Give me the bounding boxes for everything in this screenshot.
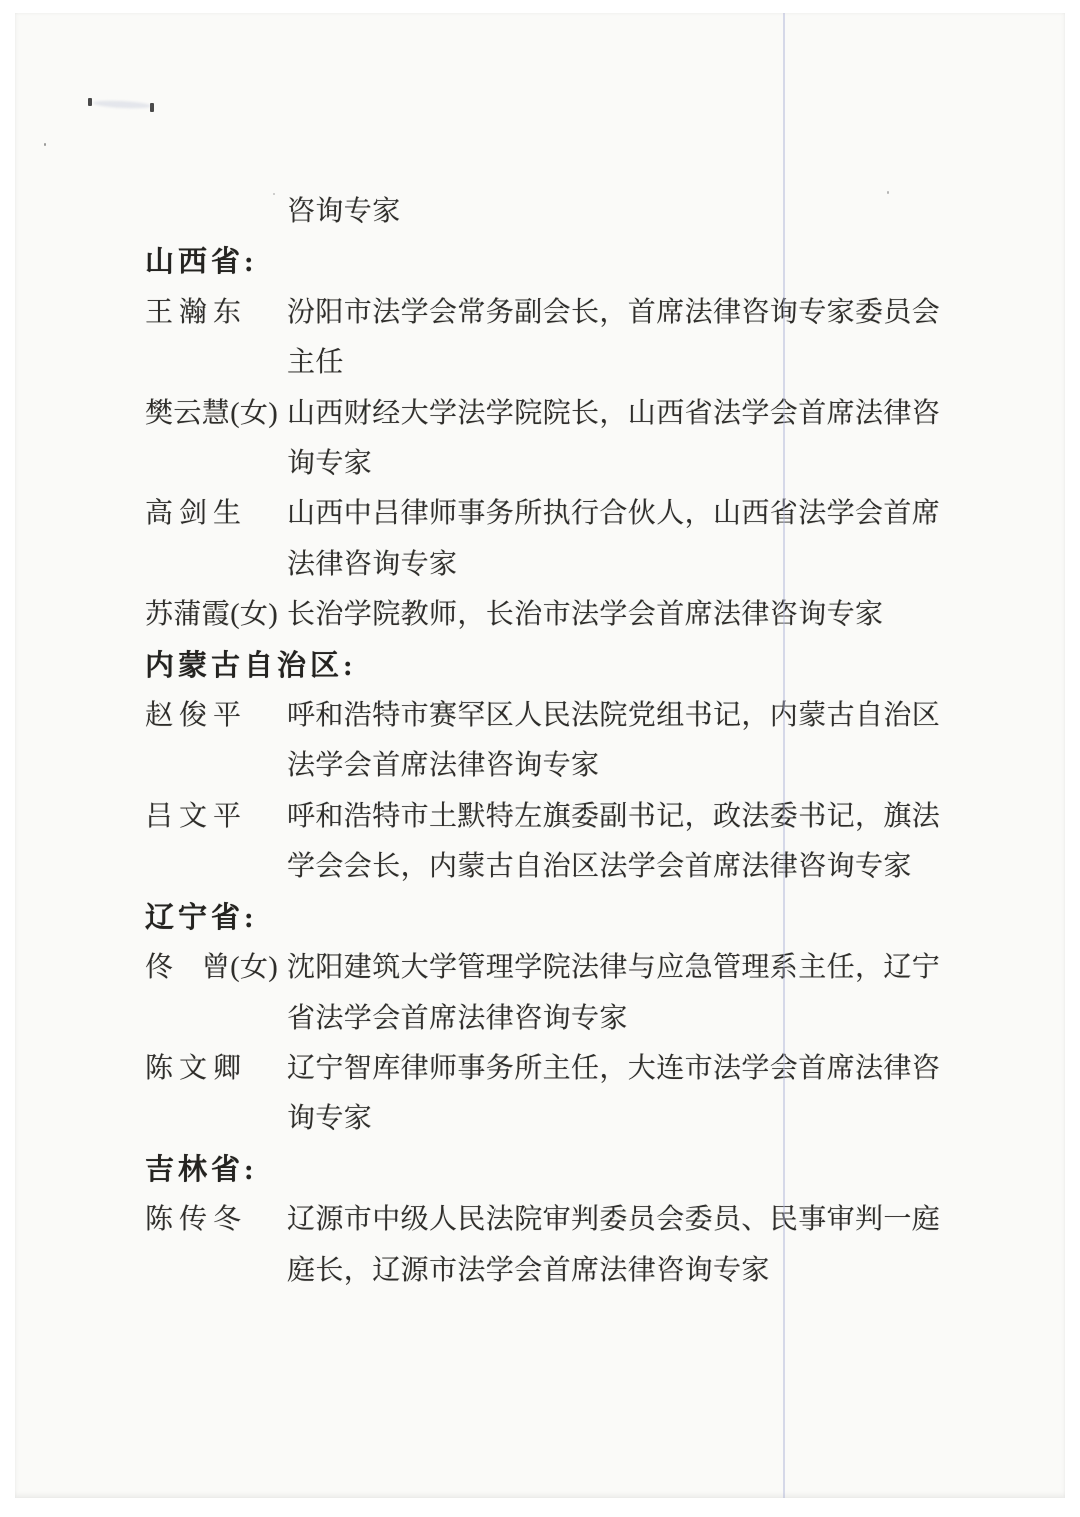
entry-description: 山西财经大学法学院院长，山西省法学会首席法律咨询专家 xyxy=(287,389,1065,490)
expert-entry-row: 樊云慧(女)山西财经大学法学院院长，山西省法学会首席法律咨询专家 xyxy=(15,389,1065,490)
expert-entry-row: 赵俊平呼和浩特市赛罕区人民法院党组书记，内蒙古自治区法学会首席法律咨询专家 xyxy=(15,691,1065,792)
expert-name: 陈传冬 xyxy=(145,1204,247,1235)
description-line: 法律咨询专家 xyxy=(287,540,1065,590)
scan-canvas: 咨询专家山西省:王瀚东汾阳市法学会常务副会长，首席法律咨询专家委员会主任樊云慧(… xyxy=(0,0,1080,1517)
scan-noise-dot xyxy=(44,143,46,146)
entry-description: 辽源市中级人民法院审判委员会委员、民事审判一庭庭长，辽源市法学会首席法律咨询专家 xyxy=(287,1195,1065,1296)
paper-page: 咨询专家山西省:王瀚东汾阳市法学会常务副会长，首席法律咨询专家委员会主任樊云慧(… xyxy=(15,13,1065,1498)
entry-name: 陈文卿 xyxy=(145,1044,287,1094)
province-header: 吉林省: xyxy=(145,1145,258,1195)
expert-name: 王瀚东 xyxy=(145,297,247,328)
description-line: 省法学会首席法律咨询专家 xyxy=(287,994,1065,1044)
province-header-row: 山西省: xyxy=(15,237,1065,287)
province-header-row: 吉林省: xyxy=(15,1145,1065,1195)
entry-description: 咨询专家 xyxy=(287,187,1065,237)
description-line: 法学会首席法律咨询专家 xyxy=(287,741,1065,791)
expert-entry-row: 吕文平呼和浩特市土默特左旗委副书记，政法委书记，旗法学会会长，内蒙古自治区法学会… xyxy=(15,792,1065,893)
entry-description: 沈阳建筑大学管理学院法律与应急管理系主任，辽宁省法学会首席法律咨询专家 xyxy=(287,943,1065,1044)
description-line: 学会会长，内蒙古自治区法学会首席法律咨询专家 xyxy=(287,842,1065,892)
entry-name: 佟 曾(女) xyxy=(145,943,287,993)
ink-speck xyxy=(150,103,154,112)
gender-suffix: (女) xyxy=(230,952,278,983)
entry-description: 长治学院教师，长治市法学会首席法律咨询专家 xyxy=(287,590,1065,640)
entry-description: 呼和浩特市赛罕区人民法院党组书记，内蒙古自治区法学会首席法律咨询专家 xyxy=(287,691,1065,792)
gender-suffix: (女) xyxy=(230,599,278,630)
province-header: 山西省: xyxy=(145,237,258,287)
expert-name: 赵俊平 xyxy=(145,700,247,731)
expert-name: 高剑生 xyxy=(145,498,247,529)
description-line: 询专家 xyxy=(287,1094,1065,1144)
expert-entry-row: 佟 曾(女)沈阳建筑大学管理学院法律与应急管理系主任，辽宁省法学会首席法律咨询专… xyxy=(15,943,1065,1044)
province-header: 内蒙古自治区: xyxy=(145,641,357,691)
document-body: 咨询专家山西省:王瀚东汾阳市法学会常务副会长，首席法律咨询专家委员会主任樊云慧(… xyxy=(15,187,1065,1296)
entry-description: 汾阳市法学会常务副会长，首席法律咨询专家委员会主任 xyxy=(287,288,1065,389)
entry-description: 呼和浩特市土默特左旗委副书记，政法委书记，旗法学会会长，内蒙古自治区法学会首席法… xyxy=(287,792,1065,893)
entry-name: 赵俊平 xyxy=(145,691,287,741)
entry-name: 陈传冬 xyxy=(145,1195,287,1245)
expert-name: 苏蒲霞 xyxy=(145,599,230,630)
description-line: 辽宁智库律师事务所主任，大连市法学会首席法律咨 xyxy=(287,1044,1065,1094)
province-header-row: 内蒙古自治区: xyxy=(15,641,1065,691)
gender-suffix: (女) xyxy=(230,398,278,429)
expert-name: 佟 曾 xyxy=(145,952,230,983)
entry-name: 吕文平 xyxy=(145,792,287,842)
description-line: 沈阳建筑大学管理学院法律与应急管理系主任，辽宁 xyxy=(287,943,1065,993)
expert-name: 樊云慧 xyxy=(145,398,230,429)
entry-name: 王瀚东 xyxy=(145,288,287,338)
expert-name: 陈文卿 xyxy=(145,1053,247,1084)
description-line: 询专家 xyxy=(287,439,1065,489)
description-line: 主任 xyxy=(287,338,1065,388)
description-line: 汾阳市法学会常务副会长，首席法律咨询专家委员会 xyxy=(287,288,1065,338)
entry-description: 辽宁智库律师事务所主任，大连市法学会首席法律咨询专家 xyxy=(287,1044,1065,1145)
expert-entry-row: 高剑生山西中吕律师事务所执行合伙人，山西省法学会首席法律咨询专家 xyxy=(15,489,1065,590)
expert-entry-row: 陈传冬辽源市中级人民法院审判委员会委员、民事审判一庭庭长，辽源市法学会首席法律咨… xyxy=(15,1195,1065,1296)
description-line: 山西中吕律师事务所执行合伙人，山西省法学会首席 xyxy=(287,489,1065,539)
description-line: 呼和浩特市赛罕区人民法院党组书记，内蒙古自治区 xyxy=(287,691,1065,741)
entry-name: 樊云慧(女) xyxy=(145,389,287,439)
description-line: 庭长，辽源市法学会首席法律咨询专家 xyxy=(287,1246,1065,1296)
ink-speck xyxy=(88,98,92,106)
description-line: 辽源市中级人民法院审判委员会委员、民事审判一庭 xyxy=(287,1195,1065,1245)
province-header: 辽宁省: xyxy=(145,893,258,943)
expert-entry-row: 苏蒲霞(女)长治学院教师，长治市法学会首席法律咨询专家 xyxy=(15,590,1065,640)
continuation-row: 咨询专家 xyxy=(15,187,1065,237)
entry-name: 高剑生 xyxy=(145,489,287,539)
entry-name: 苏蒲霞(女) xyxy=(145,590,287,640)
description-line: 长治学院教师，长治市法学会首席法律咨询专家 xyxy=(287,590,1065,640)
entry-description: 山西中吕律师事务所执行合伙人，山西省法学会首席法律咨询专家 xyxy=(287,489,1065,590)
expert-name: 吕文平 xyxy=(145,801,247,832)
expert-entry-row: 陈文卿辽宁智库律师事务所主任，大连市法学会首席法律咨询专家 xyxy=(15,1044,1065,1145)
description-line: 呼和浩特市土默特左旗委副书记，政法委书记，旗法 xyxy=(287,792,1065,842)
description-line: 咨询专家 xyxy=(287,187,1065,237)
description-line: 山西财经大学法学院院长，山西省法学会首席法律咨 xyxy=(287,389,1065,439)
province-header-row: 辽宁省: xyxy=(15,893,1065,943)
pencil-smudge xyxy=(93,99,151,109)
expert-entry-row: 王瀚东汾阳市法学会常务副会长，首席法律咨询专家委员会主任 xyxy=(15,288,1065,389)
